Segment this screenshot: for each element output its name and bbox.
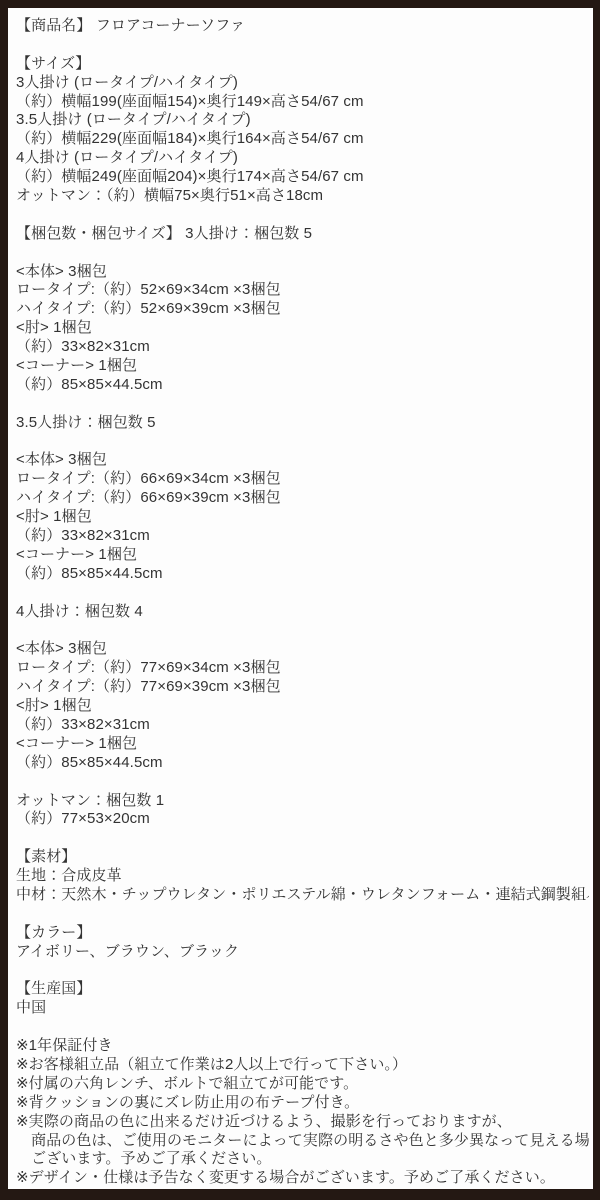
blank-line bbox=[16, 206, 589, 225]
packing-3-5p-line: <本体> 3梱包 bbox=[16, 451, 589, 470]
blank-line bbox=[16, 244, 589, 263]
packing-3-5p-line: （約）33×82×31cm bbox=[16, 527, 589, 546]
packing-3-5p-line: <コーナー> 1梱包 bbox=[16, 546, 589, 565]
size-heading: 【サイズ】 bbox=[16, 55, 589, 74]
packing-3p-line: <本体> 3梱包 bbox=[16, 263, 589, 282]
packing-3-5p-header-line: 3.5人掛け：梱包数 5 bbox=[16, 414, 589, 433]
packing-4p-header-line: 4人掛け：梱包数 4 bbox=[16, 603, 589, 622]
packing-3p-line: （約）33×82×31cm bbox=[16, 338, 589, 357]
size-line: 3.5人掛け (ロータイプ/ハイタイプ) bbox=[16, 111, 589, 130]
packing-3p-line: <肘> 1梱包 bbox=[16, 319, 589, 338]
notes-line: ※背クッションの裏にズレ防止用の布テープ付き。 bbox=[16, 1094, 589, 1113]
blank-line bbox=[16, 905, 589, 924]
size-line: 4人掛け (ロータイプ/ハイタイプ) bbox=[16, 149, 589, 168]
blank-line bbox=[16, 395, 589, 414]
material-line: 生地：合成皮革 bbox=[16, 867, 589, 886]
size-line: （約）横幅199(座面幅154)×奥行149×高さ54/67 cm bbox=[16, 93, 589, 112]
notes-line: ※お客様組立品（組立て作業は2人以上で行って下さい。） bbox=[16, 1056, 589, 1075]
material-heading: 【素材】 bbox=[16, 848, 589, 867]
blank-line bbox=[16, 433, 589, 452]
notes-line: ※1年保証付き bbox=[16, 1037, 589, 1056]
packing-3-5p-line: ハイタイプ:（約）66×69×39cm ×3梱包 bbox=[16, 489, 589, 508]
packing-3-5p-line: ロータイプ:（約）66×69×34cm ×3梱包 bbox=[16, 470, 589, 489]
packing-4p-line: <本体> 3梱包 bbox=[16, 640, 589, 659]
size-line: （約）横幅229(座面幅184)×奥行164×高さ54/67 cm bbox=[16, 130, 589, 149]
size-line: （約）横幅249(座面幅204)×奥行174×高さ54/67 cm bbox=[16, 168, 589, 187]
notes-line: ※付属の六角レンチ、ボルトで組立てが可能です。 bbox=[16, 1075, 589, 1094]
packing-4p-line: （約）85×85×44.5cm bbox=[16, 754, 589, 773]
packing-4p-line: （約）33×82×31cm bbox=[16, 716, 589, 735]
size-line: 3人掛け (ロータイプ/ハイタイプ) bbox=[16, 74, 589, 93]
country-heading: 【生産国】 bbox=[16, 980, 589, 999]
page-frame: 【商品名】 フロアコーナーソファ【サイズ】3人掛け (ロータイプ/ハイタイプ)（… bbox=[0, 0, 600, 1200]
blank-line bbox=[16, 773, 589, 792]
packing-3p-line: <コーナー> 1梱包 bbox=[16, 357, 589, 376]
notes-line: ※デザイン・仕様は予告なく変更する場合がございます。予めご了承ください。 bbox=[16, 1169, 589, 1188]
packing-header-heading: 【梱包数・梱包サイズ】 3人掛け：梱包数 5 bbox=[16, 225, 589, 244]
blank-line bbox=[16, 962, 589, 981]
blank-line bbox=[16, 829, 589, 848]
color-heading: 【カラー】 bbox=[16, 924, 589, 943]
notes-line: 商品の色は、ご使用のモニターによって実際の明るさや色と多少異なって見える場合が bbox=[16, 1132, 589, 1151]
blank-line bbox=[16, 622, 589, 641]
notes-line: ございます。予めご了承ください。 bbox=[16, 1150, 589, 1169]
country-line: 中国 bbox=[16, 999, 589, 1018]
size-line: オットマン：（約）横幅75×奥行51×高さ18cm bbox=[16, 187, 589, 206]
blank-line bbox=[16, 36, 589, 55]
blank-line bbox=[16, 1018, 589, 1037]
product-spec-document: 【商品名】 フロアコーナーソファ【サイズ】3人掛け (ロータイプ/ハイタイプ)（… bbox=[8, 8, 593, 1189]
material-line: 中材：天然木・チップウレタン・ポリエステル綿・ウレタンフォーム・連結式鋼製組バネ… bbox=[16, 886, 589, 905]
packing-3p-line: ロータイプ:（約）52×69×34cm ×3梱包 bbox=[16, 281, 589, 300]
color-line: アイボリー、ブラウン、ブラック bbox=[16, 943, 589, 962]
packing-ottoman-line: オットマン：梱包数 1 bbox=[16, 792, 589, 811]
packing-4p-line: <コーナー> 1梱包 bbox=[16, 735, 589, 754]
packing-4p-line: ロータイプ:（約）77×69×34cm ×3梱包 bbox=[16, 659, 589, 678]
packing-ottoman-line: （約）77×53×20cm bbox=[16, 810, 589, 829]
packing-3-5p-line: （約）85×85×44.5cm bbox=[16, 565, 589, 584]
packing-4p-line: ハイタイプ:（約）77×69×39cm ×3梱包 bbox=[16, 678, 589, 697]
notes-line: ※実際の商品の色に出来るだけ近づけるよう、撮影を行っておりますが、 bbox=[16, 1113, 589, 1132]
packing-3-5p-line: <肘> 1梱包 bbox=[16, 508, 589, 527]
blank-line bbox=[16, 584, 589, 603]
packing-3p-line: （約）85×85×44.5cm bbox=[16, 376, 589, 395]
packing-4p-line: <肘> 1梱包 bbox=[16, 697, 589, 716]
product-name-heading: 【商品名】 フロアコーナーソファ bbox=[16, 17, 589, 36]
packing-3p-line: ハイタイプ:（約）52×69×39cm ×3梱包 bbox=[16, 300, 589, 319]
